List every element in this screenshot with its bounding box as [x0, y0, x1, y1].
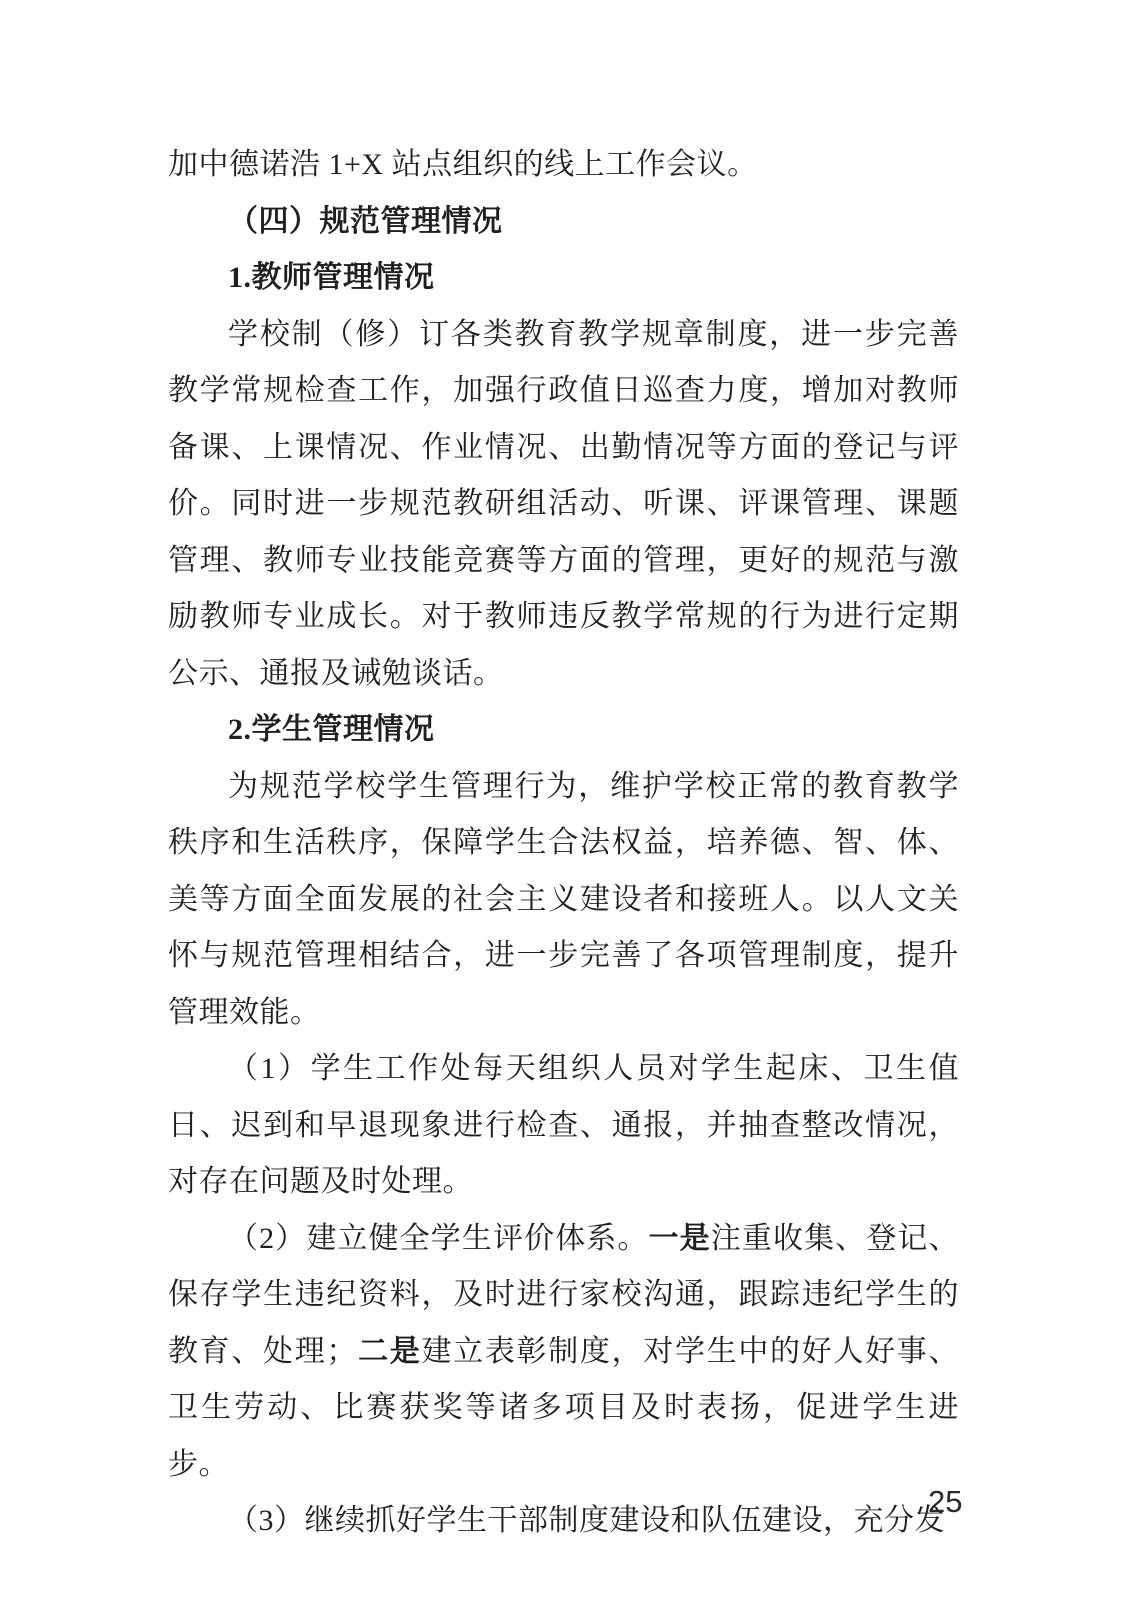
text-run: 为规范学校学生管理行为，维护学校正常的教育教学秩序和生活秩序，保障学生合法权益，… — [168, 770, 959, 1029]
page-number: 25 — [928, 1482, 962, 1522]
text-run: 1.教师管理情况 — [228, 261, 435, 294]
text-run: 2.学生管理情况 — [228, 713, 435, 746]
page-body: 加中德诺浩 1+X 站点组织的线上工作会议。（四）规范管理情况1.教师管理情况学… — [168, 137, 959, 1550]
body-paragraph: 加中德诺浩 1+X 站点组织的线上工作会议。 — [168, 137, 959, 194]
section-heading: （四）规范管理情况 — [168, 194, 959, 251]
text-run: （2）建立健全学生评价体系。 — [228, 1222, 649, 1255]
section-heading: 1.教师管理情况 — [168, 250, 959, 307]
body-paragraph: （2）建立健全学生评价体系。一是注重收集、登记、保存学生违纪资料，及时进行家校沟… — [168, 1211, 959, 1494]
section-heading: 2.学生管理情况 — [168, 702, 959, 759]
document-page: 加中德诺浩 1+X 站点组织的线上工作会议。（四）规范管理情况1.教师管理情况学… — [0, 0, 1131, 1600]
text-run: （3）继续抓好学生干部制度建设和队伍建设，充分发 — [228, 1504, 945, 1537]
text-run: 一是 — [649, 1222, 711, 1255]
body-paragraph: 为规范学校学生管理行为，维护学校正常的教育教学秩序和生活秩序，保障学生合法权益，… — [168, 759, 959, 1042]
body-paragraph: （3）继续抓好学生干部制度建设和队伍建设，充分发 — [168, 1493, 959, 1550]
text-run: 二是 — [357, 1335, 422, 1368]
text-run: 学校制（修）订各类教育教学规章制度，进一步完善教学常规检查工作，加强行政值日巡查… — [168, 318, 959, 690]
body-paragraph: 学校制（修）订各类教育教学规章制度，进一步完善教学常规检查工作，加强行政值日巡查… — [168, 307, 959, 703]
body-paragraph: （1）学生工作处每天组织人员对学生起床、卫生值日、迟到和早退现象进行检查、通报，… — [168, 1041, 959, 1211]
text-run: （四）规范管理情况 — [228, 205, 503, 238]
text-run: 加中德诺浩 1+X 站点组织的线上工作会议。 — [168, 148, 758, 181]
text-run: （1）学生工作处每天组织人员对学生起床、卫生值日、迟到和早退现象进行检查、通报，… — [168, 1052, 959, 1198]
